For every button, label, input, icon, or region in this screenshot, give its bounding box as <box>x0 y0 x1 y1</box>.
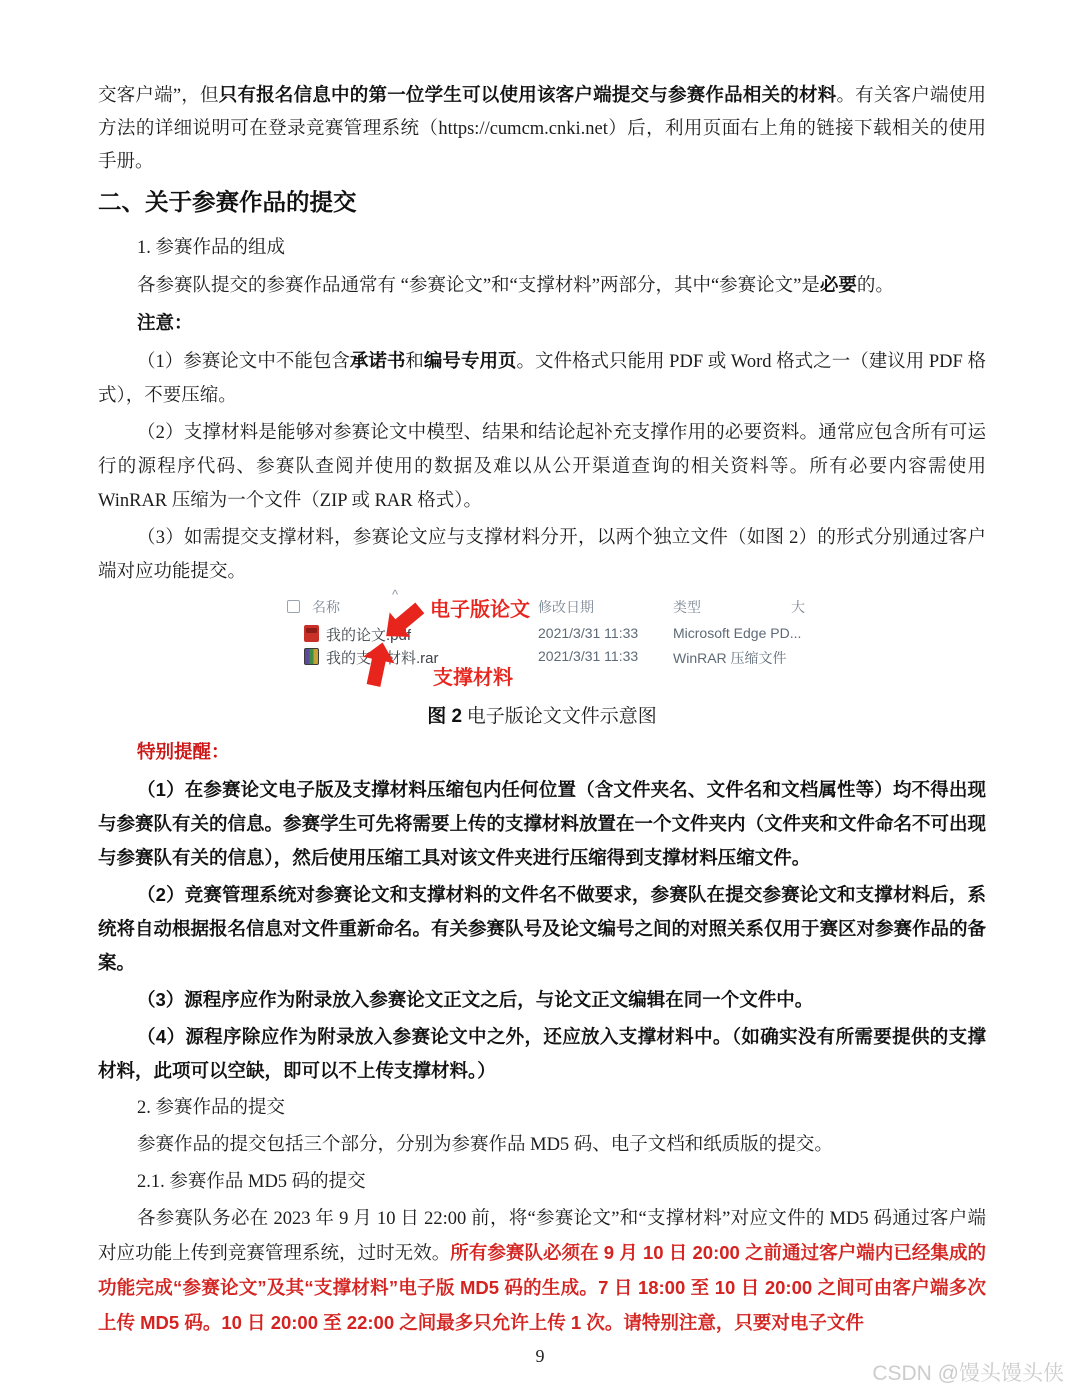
file-row-rar-date: 2021/3/31 11:33 <box>538 648 638 664</box>
document-page: 交客户端”，但只有报名信息中的第一位学生可以使用该客户端提交与参赛作品相关的材料… <box>98 78 986 1344</box>
file-explorer-figure: 名称 ^ 修改日期 类型 大 我的论文.pdf 2021/3/31 11:33 … <box>286 593 808 697</box>
reminder-item-4: （4）源程序除应作为附录放入参赛论文中之外，还应放入支撑材料中。（如确实没有所需… <box>98 1020 986 1088</box>
intro-text-bold: 只有报名信息中的第一位学生可以使用该客户端提交与参赛作品相关的材料 <box>219 84 837 105</box>
item1-bold-2: 编号专用页 <box>424 350 517 371</box>
subsection-1-title: 1. 参赛作品的组成 <box>98 231 986 265</box>
notice-item-2: （2）支撑材料是能够对参赛论文中模型、结果和结论起补充支撑作用的必要资料。通常应… <box>98 416 986 518</box>
notice-item-1: （1）参赛论文中不能包含承诺书和编号专用页。文件格式只能用 PDF 或 Word… <box>98 344 986 413</box>
red-arrow-to-rar-icon <box>353 638 403 690</box>
watermark: CSDN @馒头馒头侠 <box>872 1357 1064 1387</box>
composition-post: 的。 <box>857 276 894 296</box>
item1-mid: 和 <box>405 352 424 372</box>
pdf-file-icon <box>304 625 319 642</box>
subsection-2-1-title: 2.1. 参赛作品 MD5 码的提交 <box>98 1165 986 1199</box>
composition-pre: 各参赛队提交的参赛作品通常有 “参赛论文”和“支撑材料”两部分，其中“参赛论文”… <box>137 276 820 296</box>
notice-label-text: 注意： <box>137 312 193 333</box>
reminder-item-3: （3）源程序应作为附录放入参赛论文正文之后，与论文正文编辑在同一个文件中。 <box>98 983 986 1017</box>
md5-paragraph: 各参赛队务必在 2023 年 9 月 10 日 22:00 前，将“参赛论文”和… <box>98 1202 986 1341</box>
column-header-size: 大 <box>791 597 805 617</box>
figure-caption-number: 图 2 <box>427 706 462 727</box>
reminder-item-1: （1）在参赛论文电子版及支撑材料压缩包内任何位置（含文件夹名、文件名和文档属性等… <box>98 773 986 875</box>
item1-bold-1: 承诺书 <box>350 350 406 371</box>
notice-label: 注意： <box>98 306 986 341</box>
item1-pre: （1）参赛论文中不能包含 <box>137 352 350 372</box>
composition-paragraph: 各参赛队提交的参赛作品通常有 “参赛论文”和“支撑材料”两部分，其中“参赛论文”… <box>98 268 986 303</box>
winrar-file-icon <box>304 648 319 665</box>
intro-text-pre: 交客户端”，但 <box>98 86 219 106</box>
annotation-support-label: 支撑材料 <box>433 661 513 690</box>
notice-item-3: （3）如需提交支撑材料，参赛论文应与支撑材料分开，以两个独立文件（如图 2）的形… <box>98 521 986 589</box>
file-row-pdf-type: Microsoft Edge PD... <box>673 625 801 641</box>
section-heading: 二、关于参赛作品的提交 <box>98 187 986 217</box>
composition-bold: 必要 <box>820 274 857 295</box>
select-all-checkbox <box>287 600 300 613</box>
file-row-pdf-date: 2021/3/31 11:33 <box>538 625 638 641</box>
column-header-name: 名称 <box>312 597 340 617</box>
subsection-2-intro: 参赛作品的提交包括三个部分，分别为参赛作品 MD5 码、电子文档和纸质版的提交。 <box>98 1128 986 1162</box>
reminder-item-2: （2）竞赛管理系统对参赛论文和支撑材料的文件名不做要求，参赛队在提交参赛论文和支… <box>98 878 986 980</box>
figure-caption-text: 电子版论文文件示意图 <box>462 706 657 727</box>
column-header-type: 类型 <box>673 597 701 617</box>
column-header-date: 修改日期 <box>538 597 594 617</box>
reminder-label-text: 特别提醒： <box>137 741 230 762</box>
intro-paragraph: 交客户端”，但只有报名信息中的第一位学生可以使用该客户端提交与参赛作品相关的材料… <box>98 78 986 179</box>
reminder-label: 特别提醒： <box>98 735 986 770</box>
annotation-paper-label: 电子版论文 <box>430 593 530 622</box>
figure-caption: 图 2 电子版论文文件示意图 <box>98 703 986 731</box>
subsection-2-title: 2. 参赛作品的提交 <box>98 1091 986 1125</box>
file-row-rar-type: WinRAR 压缩文件 <box>673 648 787 668</box>
